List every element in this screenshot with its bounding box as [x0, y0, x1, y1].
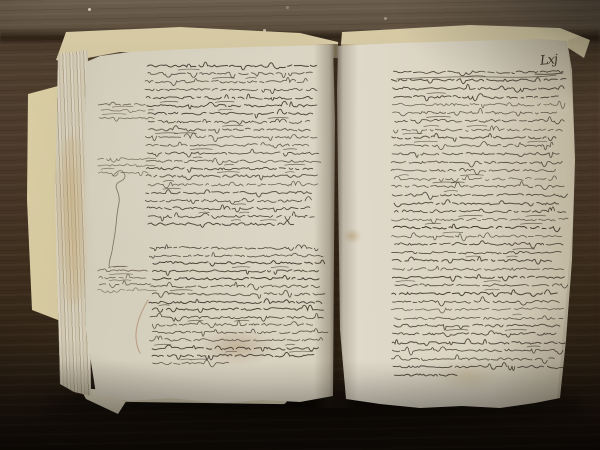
page-edge-stain [56, 135, 90, 305]
foxing-spot [436, 362, 500, 390]
photo-manuscript-spread: Lxj [0, 0, 600, 450]
dust-specks [88, 8, 91, 11]
gutter-shadow [314, 44, 358, 408]
ink-stain [198, 328, 276, 366]
folio-number: Lxj [539, 52, 557, 68]
